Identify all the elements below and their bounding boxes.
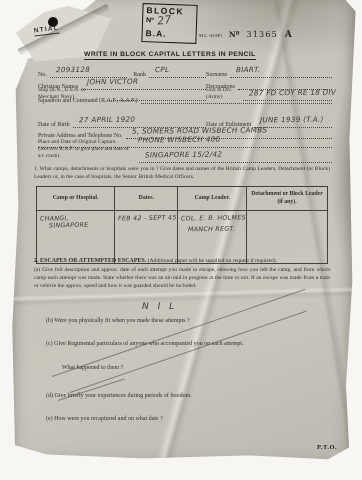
block-stamp-line3: B.A.	[145, 28, 192, 40]
pto-label: P.T.O.	[317, 444, 337, 451]
camps-header-camp: Camp or Hospital.	[37, 187, 115, 211]
squadron-label: Squadron and Command (R.A.F., A.A.F.)	[38, 98, 138, 104]
camps-table: Camp or Hospital. Dates. Camp Leader. De…	[36, 186, 328, 264]
squadron-blank	[141, 103, 332, 104]
leader-cell: COL. E. B. HOLMES MANCH REGT.	[178, 211, 247, 264]
section2-heading: 2. ESCAPES OR ATTEMPTED ESCAPES. (Additi…	[34, 257, 330, 266]
block-number-handwritten: 27	[156, 13, 172, 27]
section1-question: 1. What camps, detachments or hospitals …	[34, 166, 330, 182]
section2-heading-title: 2. ESCAPES OR ATTEMPTED ESCAPES.	[34, 258, 146, 264]
camps-header-detachment: Detachment or Block Leader (if any).	[247, 187, 328, 211]
unit-value: 287 FD COY RE 18 DIV	[249, 88, 336, 98]
row-capture: Place and Date of Original Capture. (Air…	[38, 139, 332, 163]
serial-number: 31365	[246, 30, 277, 39]
detachment-cell	[247, 211, 328, 264]
camps-table-row: CHANGI, SINGAPORE FEB 42 - SEPT 45 COL. …	[37, 211, 328, 264]
camp-dates-value: FEB 42 - SEPT 45	[118, 215, 174, 223]
camp-leader-line2: MANCH REGT.	[181, 226, 243, 234]
section2-question-e: (e) How were you recaptured and on what …	[46, 416, 163, 422]
block-stamp-no-prefix: Nº	[146, 17, 154, 24]
section2-question-a: (a) Give full description and approx. da…	[34, 267, 330, 290]
camps-table-header-row: Camp or Hospital. Dates. Camp Leader. De…	[37, 187, 328, 211]
form-serial: M.L. 9/(AP) Nº 31365 A	[199, 30, 292, 40]
serial-suffix: A	[285, 30, 292, 40]
serial-no-label: Nº	[229, 30, 240, 39]
camps-header-dates: Dates.	[115, 187, 178, 211]
camps-header-leader: Camp Leader.	[178, 187, 247, 211]
dates-cell: FEB 42 - SEPT 45	[115, 211, 178, 264]
row-squadron: Squadron and Command (R.A.F., A.A.F.)	[38, 98, 332, 104]
block-number-stamp: BLOCK Nº 27 B.A.	[141, 3, 197, 44]
escape-answer-nil: N I L	[142, 302, 177, 312]
camp-name-line2: SINGAPORE	[40, 221, 111, 229]
form-code: M.L. 9/(AP)	[199, 33, 222, 38]
scanned-pow-questionnaire: NTIAL BLOCK Nº 27 B.A. M.L. 9/(AP) Nº 31…	[0, 0, 362, 480]
section2-heading-note: (Additional paper will be supplied on re…	[148, 258, 277, 264]
camp-leader-line1: COL. E. B. HOLMES	[181, 215, 243, 223]
section2-question-b: (b) Were you physically fit when you mad…	[46, 318, 190, 324]
camp-cell: CHANGI, SINGAPORE	[37, 211, 115, 264]
capture-value: SINGAPORE 15/2/42	[145, 150, 222, 160]
capture-label: Place and Date of Original Capture. (Air…	[38, 139, 136, 160]
